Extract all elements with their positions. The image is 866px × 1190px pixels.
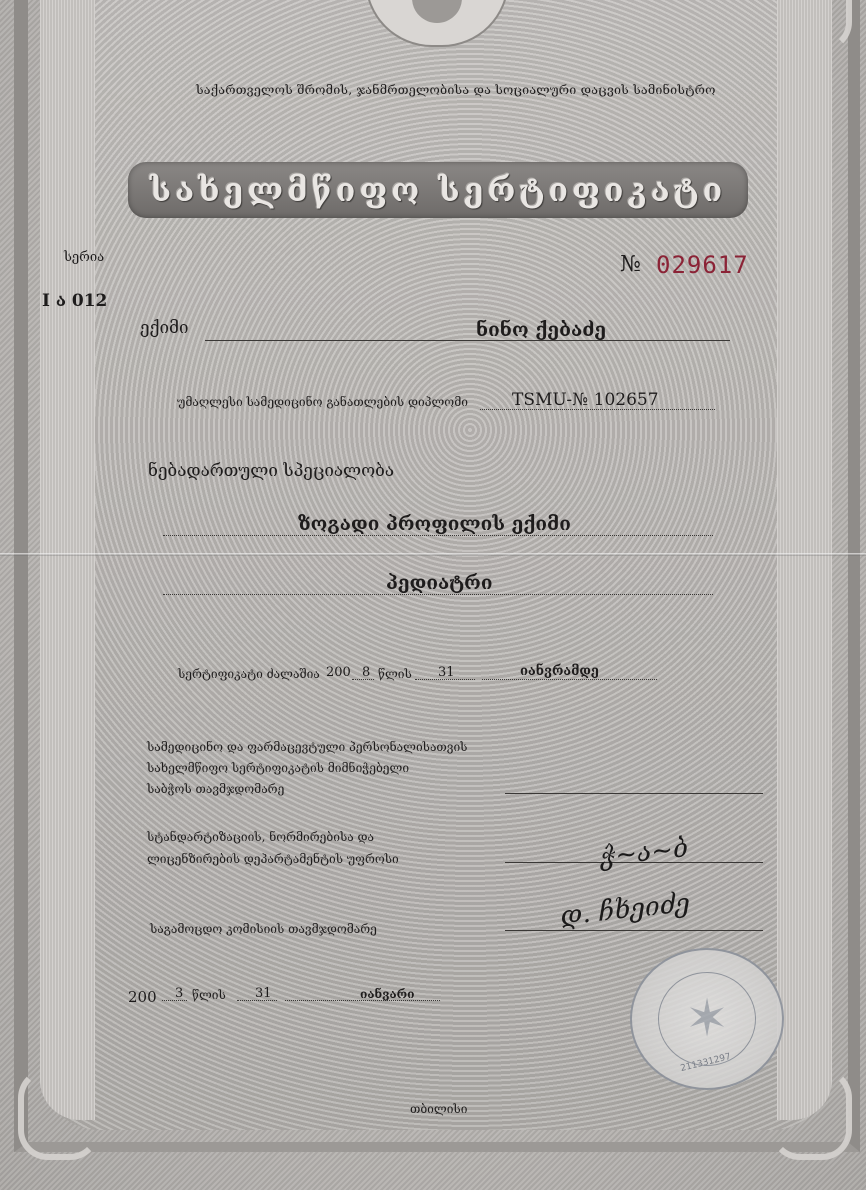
- issue-day: 31: [255, 986, 272, 1001]
- issue-year-word: წლის: [192, 988, 226, 1002]
- validity-month: იანვრამდე: [520, 664, 599, 679]
- validity-year-digit: 8: [362, 665, 370, 680]
- validity-prefix: სერტიფიკატი ძალაშია: [178, 667, 320, 681]
- validity-year-prefix: 200: [326, 665, 351, 680]
- doctor-name: ნინო ქებაძე: [476, 319, 606, 341]
- signatory-2-line-2: ლიცენზირების დეპარტამენტის უფროსი: [147, 852, 399, 866]
- issue-year-prefix: 200: [128, 988, 157, 1006]
- signature-line-3: [505, 930, 763, 931]
- corner-ornament-icon: [770, 0, 852, 52]
- paper-fold: [0, 553, 866, 556]
- validity-month-line: [482, 679, 657, 680]
- issue-month: იანვარი: [360, 987, 415, 1001]
- title-banner: სახელმწიფო სერტიფიკატი: [128, 162, 748, 218]
- series-label: სერია: [64, 250, 104, 265]
- certificate-title: სახელმწიფო სერტიფიკატი: [150, 171, 726, 209]
- star-emblem-icon: ✶: [685, 989, 729, 1049]
- specialty-2: პედიატრი: [386, 572, 492, 594]
- certificate-page: საქართველოს შრომის, ჯანმრთელობისა და სოც…: [0, 0, 866, 1190]
- official-stamp: ✶ 211331297: [630, 948, 784, 1090]
- corner-ornament-icon: [770, 1068, 852, 1160]
- series-code: I ა 012: [42, 291, 107, 311]
- doctor-line: [205, 340, 730, 341]
- signature-line-1: [505, 793, 763, 794]
- specialty-line-1: [163, 535, 713, 536]
- diploma-number: TSMU-№ 102657: [512, 390, 659, 410]
- city-name: თბილისი: [410, 1102, 467, 1116]
- number-sign: №: [620, 252, 641, 277]
- right-ornament-panel: [777, 0, 832, 1120]
- signatory-1-line-3: საბჭოს თავმჯდომარე: [147, 782, 284, 796]
- signatory-3-line-1: საგამოცდო კომისიის თავმჯდომარე: [150, 922, 377, 936]
- signatory-1-line-1: სამედიცინო და ფარმაცევტული პერსონალისათვ…: [147, 740, 467, 754]
- certificate-number: 029617: [656, 251, 749, 279]
- issue-year-digit: 3: [175, 986, 183, 1001]
- validity-day: 31: [438, 665, 455, 680]
- signatory-1-line-2: სახელმწიფო სერტიფიკატის მიმნიჭებელი: [147, 761, 409, 775]
- stamp-inner-ring: ✶: [658, 972, 756, 1066]
- ministry-name: საქართველოს შრომის, ჯანმრთელობისა და სოც…: [196, 82, 716, 97]
- doctor-label: ექიმი: [140, 318, 188, 338]
- signatory-2-line-1: სტანდარტიზაციის, ნორმირებისა და: [147, 830, 374, 844]
- specialty-line-2: [163, 594, 713, 595]
- specialty-label: ნებადართული სპეციალობა: [148, 461, 394, 481]
- left-ornament-panel: [40, 0, 95, 1120]
- specialty-1: ზოგადი პროფილის ექიმი: [298, 513, 571, 535]
- corner-ornament-icon: [18, 1068, 100, 1160]
- validity-year-word: წლის: [378, 667, 412, 681]
- diploma-label: უმაღლესი სამედიცინო განათლების დიპლომი: [177, 395, 468, 409]
